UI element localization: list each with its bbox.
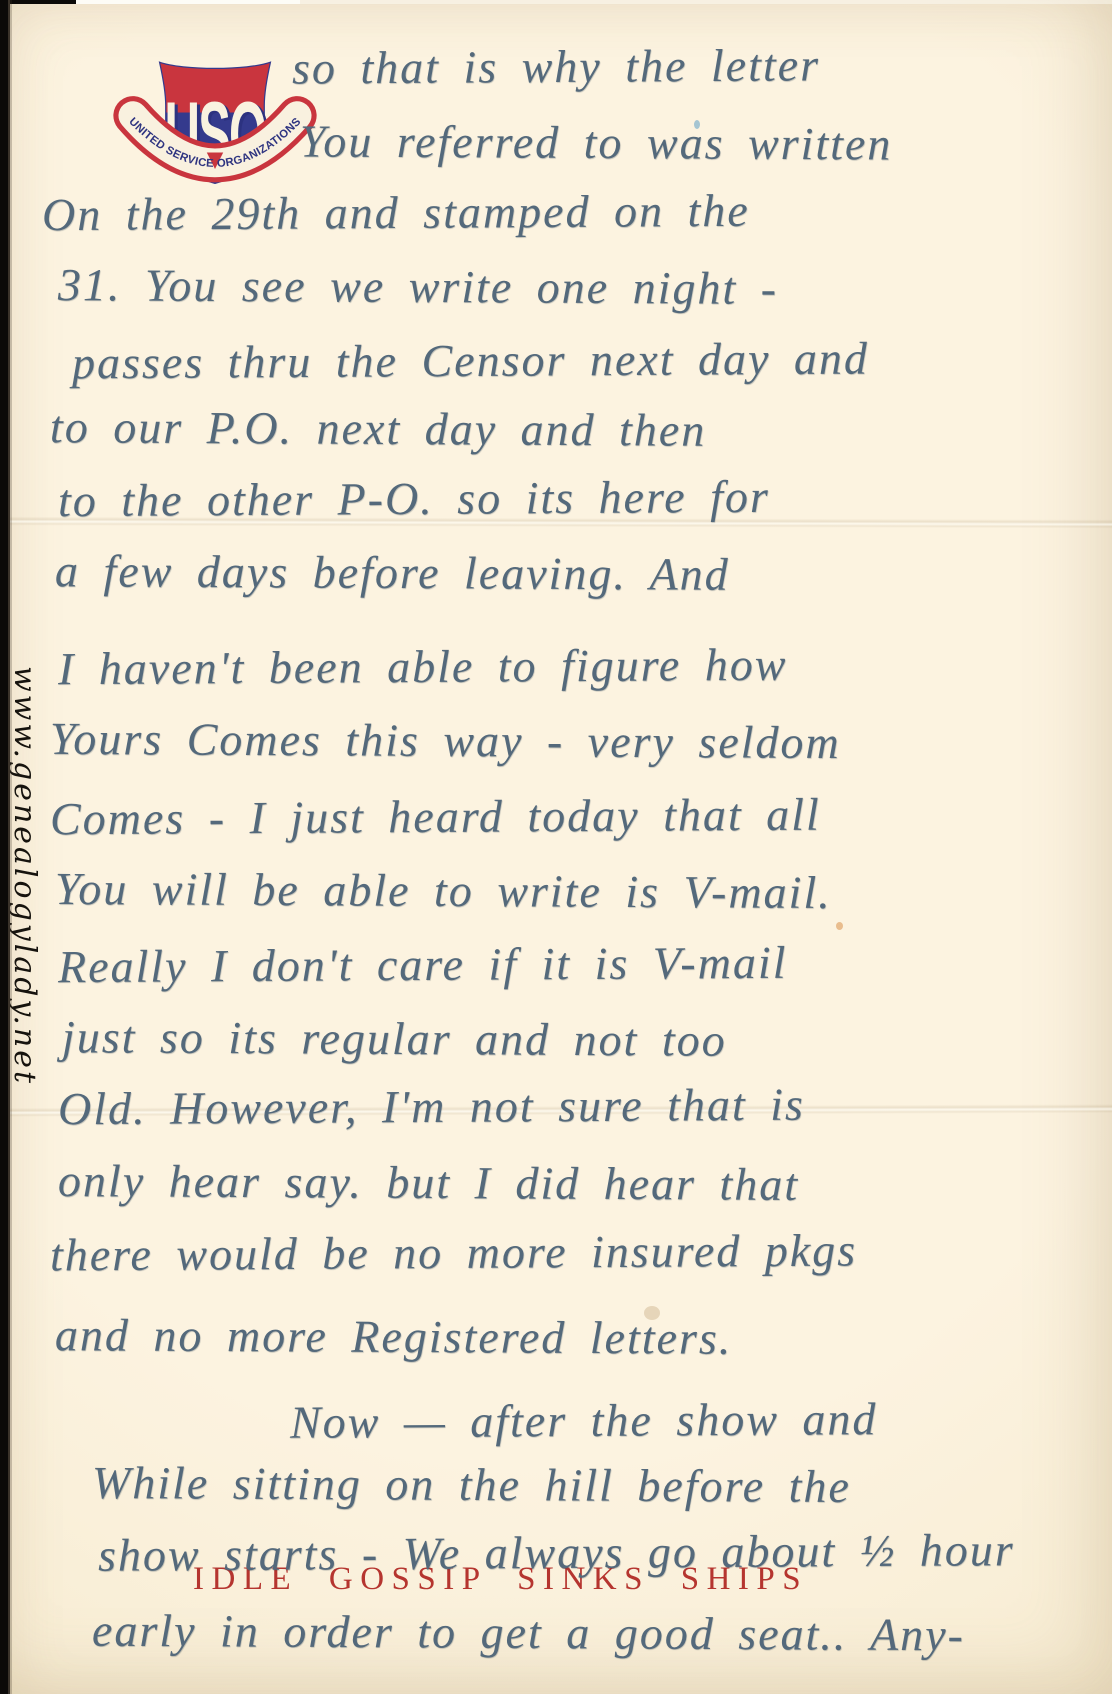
ink-speck xyxy=(694,120,700,129)
letter-line: On the 29th and stamped on the xyxy=(42,186,750,241)
letter-line: to our P.O. next day and then xyxy=(50,402,707,456)
letter-line: so that is why the letter xyxy=(292,40,820,94)
letter-line: early in order to get a good seat.. Any- xyxy=(92,1606,965,1661)
scan-edge-top xyxy=(0,0,1112,4)
genealogy-watermark: www.genealogylady.net xyxy=(7,666,42,1066)
letter-line: and no more Registered letters. xyxy=(55,1310,733,1364)
letter-line: just so its regular and not too xyxy=(62,1012,727,1066)
scan-edge-left xyxy=(0,0,12,1694)
paper-stain xyxy=(644,1306,660,1320)
letter-line: 31. You see we write one night - xyxy=(58,260,778,314)
letter-line: there would be no more insured pkgs xyxy=(50,1226,857,1282)
letter-line: only hear say. but I did hear that xyxy=(58,1156,799,1210)
letter-line: Really I don't care if it is V-mail xyxy=(58,938,788,993)
letter-line: I haven't been able to figure how xyxy=(58,640,788,695)
scanned-letter-page: { "letterhead": { "logo_acronym": "USO",… xyxy=(0,0,1112,1694)
letter-line: Now — after the show and xyxy=(290,1394,878,1448)
letter-line: While sitting on the hill before the xyxy=(92,1458,851,1513)
letter-line: to the other P-O. so its here for xyxy=(58,472,770,527)
letter-line: Comes - I just heard today that all xyxy=(50,790,821,845)
letter-line: Yours Comes this way - very seldom xyxy=(50,714,841,769)
letter-line: show starts - We always go about ½ hour xyxy=(98,1525,1015,1581)
letter-line: passes thru the Censor next day and xyxy=(72,334,869,389)
letter-line: You referred to was written xyxy=(300,116,893,170)
letter-line: You will be able to write is V-mail. xyxy=(55,864,832,919)
letter-line: a few days before leaving. And xyxy=(55,546,730,600)
letter-body: so that is why the letter You referred t… xyxy=(0,0,1112,1694)
letter-line: Old. However, I'm not sure that is xyxy=(58,1080,805,1135)
paper-stain xyxy=(836,922,843,930)
